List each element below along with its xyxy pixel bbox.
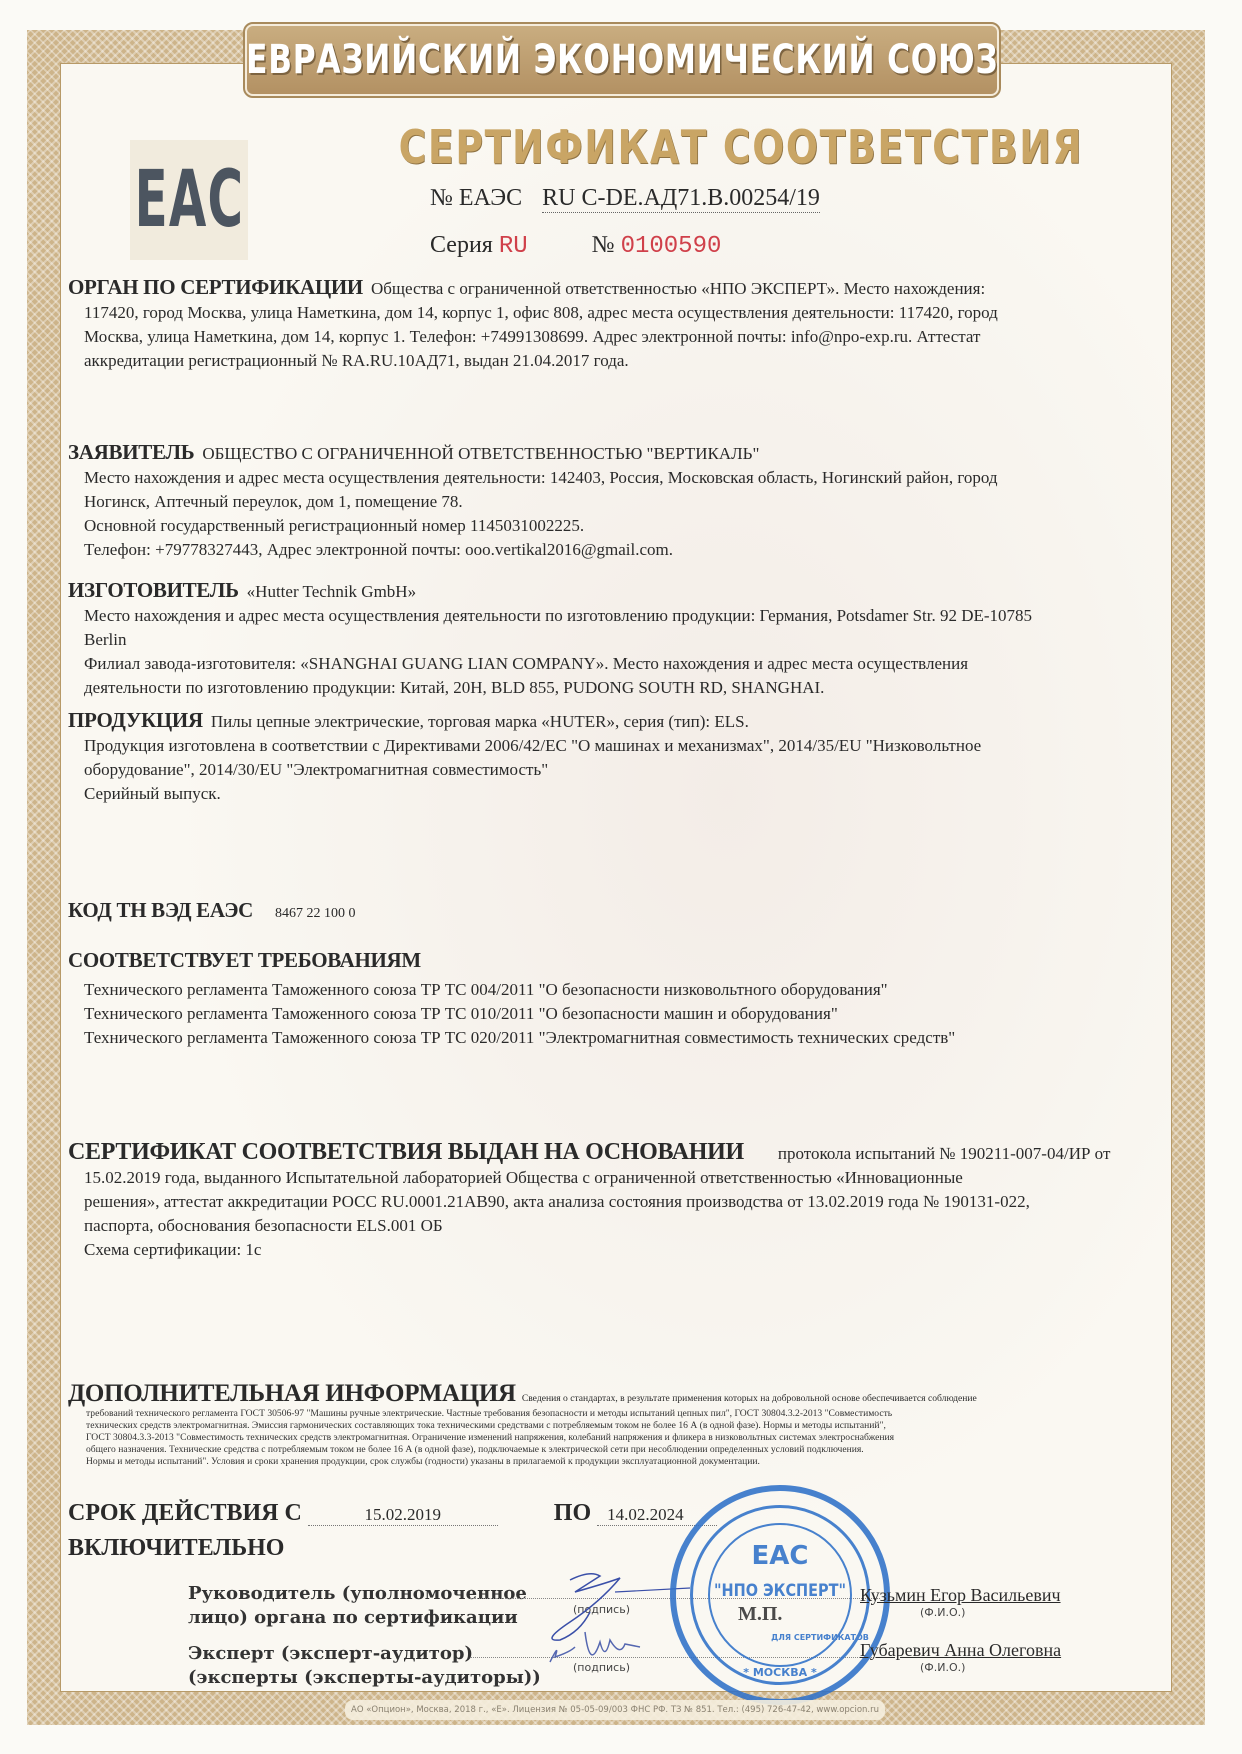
section-basis: СЕРТИФИКАТ СООТВЕТСТВИЯ ВЫДАН НА ОСНОВАН… [68, 1140, 1168, 1262]
series-line: Серия RU № 0100590 [430, 232, 721, 260]
section-heading: КОД ТН ВЭД ЕАЭС [68, 898, 253, 922]
validity-to-label: ПО [554, 1500, 591, 1526]
expert-signatory-name: Губаревич Анна Олеговна [860, 1640, 1061, 1661]
head-signatory-label: Руководитель (уполномоченное лицо) орган… [188, 1582, 527, 1630]
union-banner-text: ЕВРАЗИЙСКИЙ ЭКОНОМИЧЕСКИЙ СОЮЗ [246, 37, 998, 83]
series-value: RU [499, 233, 528, 260]
expert-signatory-label: Эксперт (эксперт-аудитор) (эксперты (экс… [188, 1642, 541, 1690]
validity-period: СРОК ДЕЙСТВИЯ С 15.02.2019 ПО 14.02.2024… [68, 1500, 717, 1562]
section-heading: ПРОДУКЦИЯ [68, 708, 203, 732]
series-label: Серия [430, 232, 493, 258]
blank-number-label: № [592, 232, 615, 258]
section-heading: ЗАЯВИТЕЛЬ [68, 440, 194, 464]
head-fio-caption: (Ф.И.О.) [920, 1606, 965, 1619]
certificate-number-value: RU C-DE.АД71.B.00254/19 [542, 185, 820, 213]
section-tn-ved: КОД ТН ВЭД ЕАЭС8467 22 100 0 [68, 898, 1168, 926]
validity-from-label: СРОК ДЕЙСТВИЯ С [68, 1500, 302, 1526]
section-certification-body: ОРГАН ПО СЕРТИФИКАЦИИОбщества с ограниче… [68, 275, 1168, 373]
validity-inclusive: ВКЛЮЧИТЕЛЬНО [68, 1535, 717, 1562]
expert-fio-caption: (Ф.И.О.) [920, 1661, 965, 1674]
section-product: ПРОДУКЦИЯПилы цепные электрические, торг… [68, 708, 1168, 806]
section-applicant: ЗАЯВИТЕЛЬОБЩЕСТВО С ОГРАНИЧЕННОЙ ОТВЕТСТ… [68, 440, 1168, 562]
section-requirements: СООТВЕТСТВУЕТ ТРЕБОВАНИЯМ Технического р… [68, 948, 1168, 1050]
section-heading: ИЗГОТОВИТЕЛЬ [68, 578, 239, 602]
official-stamp: EAC "НПО ЭКСПЕРТ" М.П. ДЛЯ СЕРТИФИКАТОВ … [670, 1485, 890, 1705]
certificate-number-label: № ЕАЭС [430, 185, 522, 211]
certificate-number: № ЕАЭС RU C-DE.АД71.B.00254/19 [430, 185, 820, 212]
certificate-title: СЕРТИФИКАТ СООТВЕТСТВИЯ [399, 120, 842, 174]
section-heading: СЕРТИФИКАТ СООТВЕТСТВИЯ ВЫДАН НА ОСНОВАН… [68, 1139, 744, 1165]
union-banner: ЕВРАЗИЙСКИЙ ЭКОНОМИЧЕСКИЙ СОЮЗ [245, 24, 999, 96]
validity-from-date: 15.02.2019 [308, 1505, 498, 1526]
section-heading: СООТВЕТСТВУЕТ ТРЕБОВАНИЯМ [68, 948, 421, 972]
blank-number-value: 0100590 [621, 233, 722, 260]
section-heading: ОРГАН ПО СЕРТИФИКАЦИИ [68, 275, 363, 299]
head-signatory-name: Кузьмин Егор Васильевич [860, 1585, 1061, 1606]
section-heading: ДОПОЛНИТЕЛЬНАЯ ИНФОРМАЦИЯ [68, 1380, 516, 1407]
eac-logo-icon: EAC [130, 140, 248, 260]
section-additional-info: ДОПОЛНИТЕЛЬНАЯ ИНФОРМАЦИЯСведения о стан… [68, 1380, 1178, 1468]
section-manufacturer: ИЗГОТОВИТЕЛЬ«Hutter Technik GmbH» Место … [68, 578, 1168, 700]
printer-imprint: АО «Опцион», Москва, 2018 г., «Е». Лицен… [345, 1700, 885, 1720]
tn-ved-code: 8467 22 100 0 [275, 906, 356, 921]
